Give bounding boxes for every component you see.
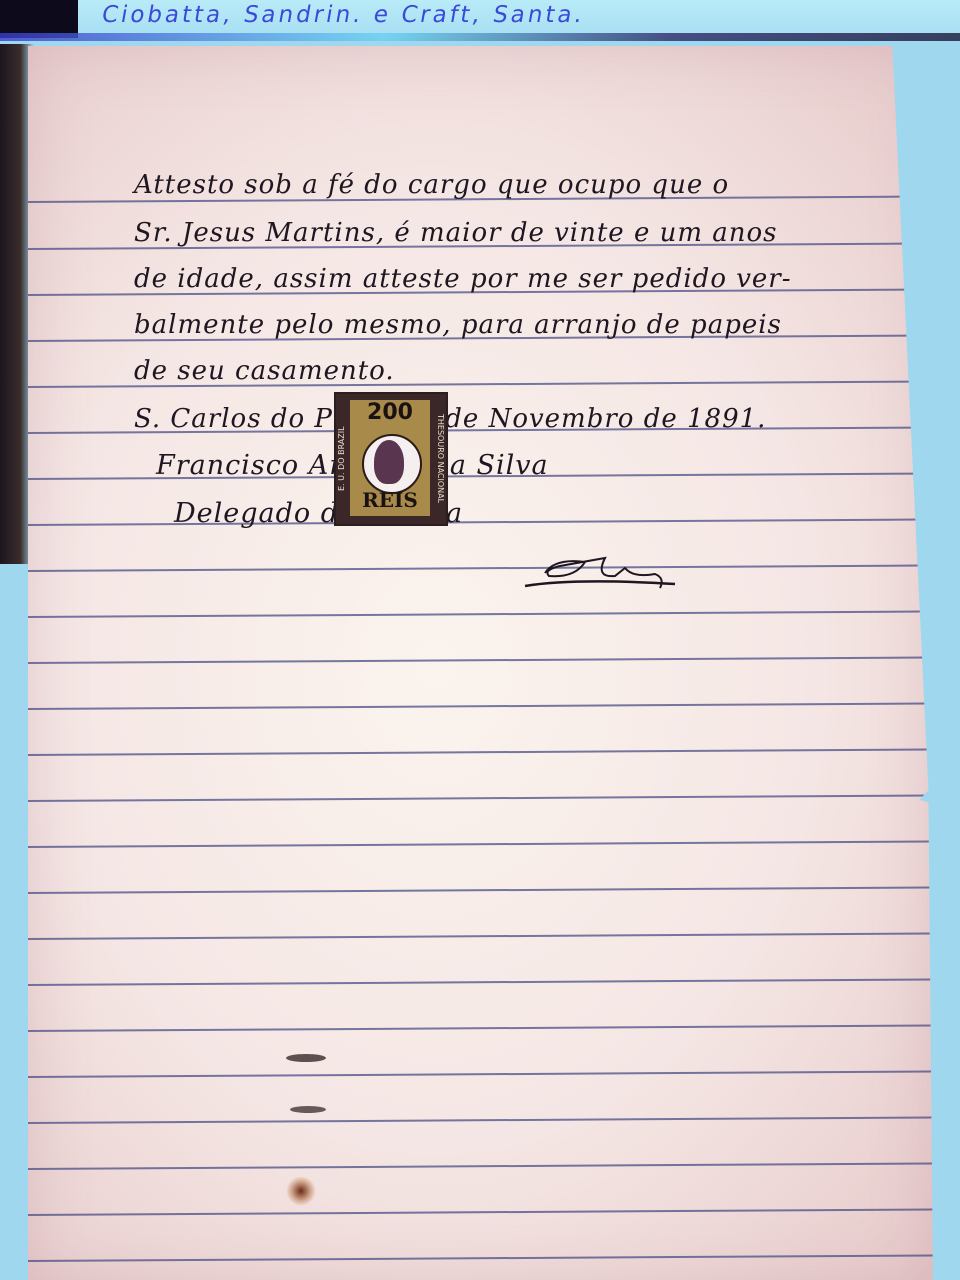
body-line-4: balmente pelo mesmo, para arranjo de pap… [134,310,782,340]
ink-spot [290,1106,326,1113]
body-line-3: de idade, assim atteste por me ser pedid… [134,264,792,294]
document-page: Attesto sob a fé do cargo que ocupo que … [28,46,933,1280]
stamp-value: 200 [350,400,430,425]
stamp-portrait-icon [374,440,404,484]
body-line-5: de seu casamento. [134,356,395,386]
stamp-unit: REIS [350,488,430,512]
dateline: S. Carlos do Pinhal, _ de Novembro de 18… [134,404,766,434]
signature-flourish [515,548,685,598]
top-handwritten-note: Ciobatta, Sandrin. e Craft, Santa. [100,2,588,28]
stamp-left-text: E. U. DO BRAZIL [337,404,349,514]
body-line-2: Sr. Jesus Martins, é maior de vinte e um… [134,218,778,248]
stamp-right-text: THESOURO NACIONAL [433,404,445,514]
body-line-1: Attesto sob a fé do cargo que ocupo que … [134,170,729,200]
ink-spot [286,1054,326,1062]
tax-stamp: 200 REIS E. U. DO BRAZIL THESOURO NACION… [334,392,448,526]
rust-stain [286,1176,316,1206]
folder-edge [0,33,960,41]
